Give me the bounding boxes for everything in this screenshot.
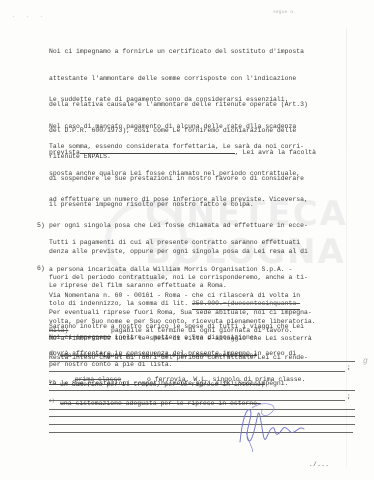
rule-a1 bbox=[49, 361, 355, 362]
header-mark: segue n. bbox=[273, 10, 296, 15]
rule-a2 bbox=[49, 371, 345, 372]
document-page: · · · segue n. CINETECA BOLOGNA Noi ci i… bbox=[0, 0, 374, 480]
provision-b-text: un camerino per il trucco, per le ripres… bbox=[60, 381, 265, 388]
corner-marks: · · · bbox=[12, 14, 47, 20]
provision-c-text: una sistemazione adeguata per le riprese… bbox=[60, 400, 261, 407]
provision-a-end: ; bbox=[347, 364, 351, 371]
signature-icon bbox=[232, 402, 312, 452]
rule-b1 bbox=[49, 390, 355, 391]
provision-a-label: a) bbox=[49, 351, 54, 356]
continuation-mark: ./... bbox=[309, 461, 330, 468]
provision-intro: Noi ci impegnamo inoltre a mettere a Sua… bbox=[49, 334, 349, 343]
provision-b-end: ; bbox=[347, 393, 351, 400]
margin-handwritten-mark: g bbox=[363, 357, 368, 366]
item-6-number: 6) bbox=[37, 265, 45, 274]
provision-a-text: una controfigura per le luci e le scene … bbox=[60, 352, 257, 359]
item-5-number: 5) bbox=[37, 222, 45, 231]
provision-c-label: c) bbox=[49, 399, 54, 404]
provision-b-label: b) bbox=[49, 380, 54, 385]
